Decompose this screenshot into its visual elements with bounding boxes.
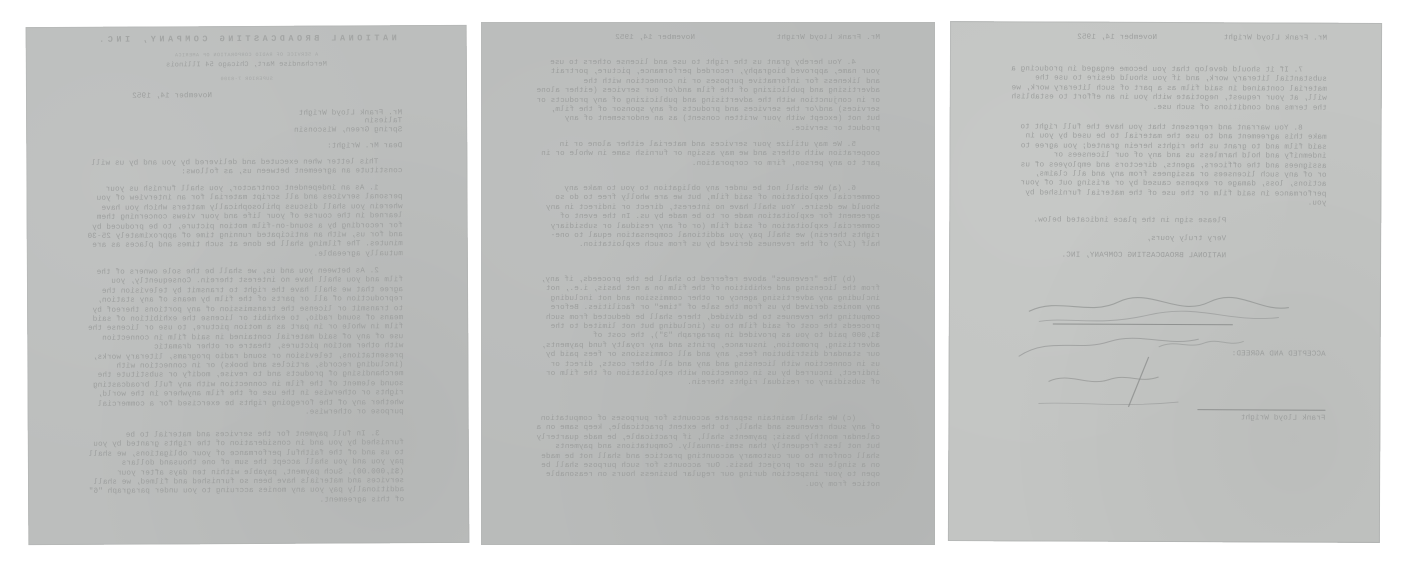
paragraph-intro: This letter when executed and delivered … [82, 158, 402, 178]
letterhead-company: NATIONAL BROADCASTING COMPANY, INC. [26, 34, 467, 46]
paragraph-6c: (c) We shall maintain separate accounts … [535, 415, 880, 490]
paragraph-6a: 6. (a) We shall not be under any obligat… [535, 185, 880, 251]
running-header-date: November 14, 1952 [615, 34, 695, 43]
closing: Very truly yours, [1146, 235, 1226, 245]
paragraph-5: 5. We may utilize your services and mate… [535, 141, 880, 169]
paragraph-2: 2. As between you and us, we shall be th… [83, 267, 404, 419]
paragraph-4: 4. You hereby grant us the right to use … [535, 59, 880, 134]
paragraph-1: 1. As an independent contractor, you sha… [82, 184, 402, 261]
signer-signature-line [1197, 409, 1325, 411]
letter-date: November 14, 1952 [132, 92, 212, 102]
handwritten-signature-ink-2 [1028, 351, 1188, 427]
sign-instruction: Please sign in the place indicated below… [1033, 216, 1226, 226]
salutation: Dear Mr. Wright: [327, 142, 402, 152]
letterhead-phone: SUPERIOR 7-8300 [26, 74, 467, 86]
letterhead-address: Merchandise Mart, Chicago 54 Illinois [26, 60, 467, 72]
mirrored-text-layer: NATIONAL BROADCASTING COMPANY, INC. A SE… [26, 25, 470, 545]
paragraph-3: 3. In full payment for the services and … [84, 430, 404, 507]
running-header-recipient: Mr. Frank Lloyd Wright [776, 34, 880, 43]
mirrored-text-layer: Mr. Frank Lloyd Wright November 14, 1952… [481, 22, 935, 545]
running-header-recipient: Mr. Frank Lloyd Wright [1223, 34, 1327, 44]
letter-page-3: Mr. Frank Lloyd Wright November 14, 1952… [948, 21, 1382, 543]
letter-page-1: NATIONAL BROADCASTING COMPANY, INC. A SE… [26, 25, 470, 545]
paragraph-6b: (b) The "revenues" above referred to sha… [535, 276, 880, 389]
running-header-date: November 14, 1952 [1077, 34, 1157, 44]
letter-page-2: Mr. Frank Lloyd Wright November 14, 1952… [481, 22, 935, 545]
paragraph-8: 8. You warrant and represent that you ha… [1006, 123, 1326, 209]
recipient-line3: Spring Green, Wisconsin [294, 126, 402, 136]
signer-name: Frank Lloyd Wright [1241, 414, 1326, 424]
paragraph-7: 7. If it should develop that you become … [1007, 65, 1327, 113]
